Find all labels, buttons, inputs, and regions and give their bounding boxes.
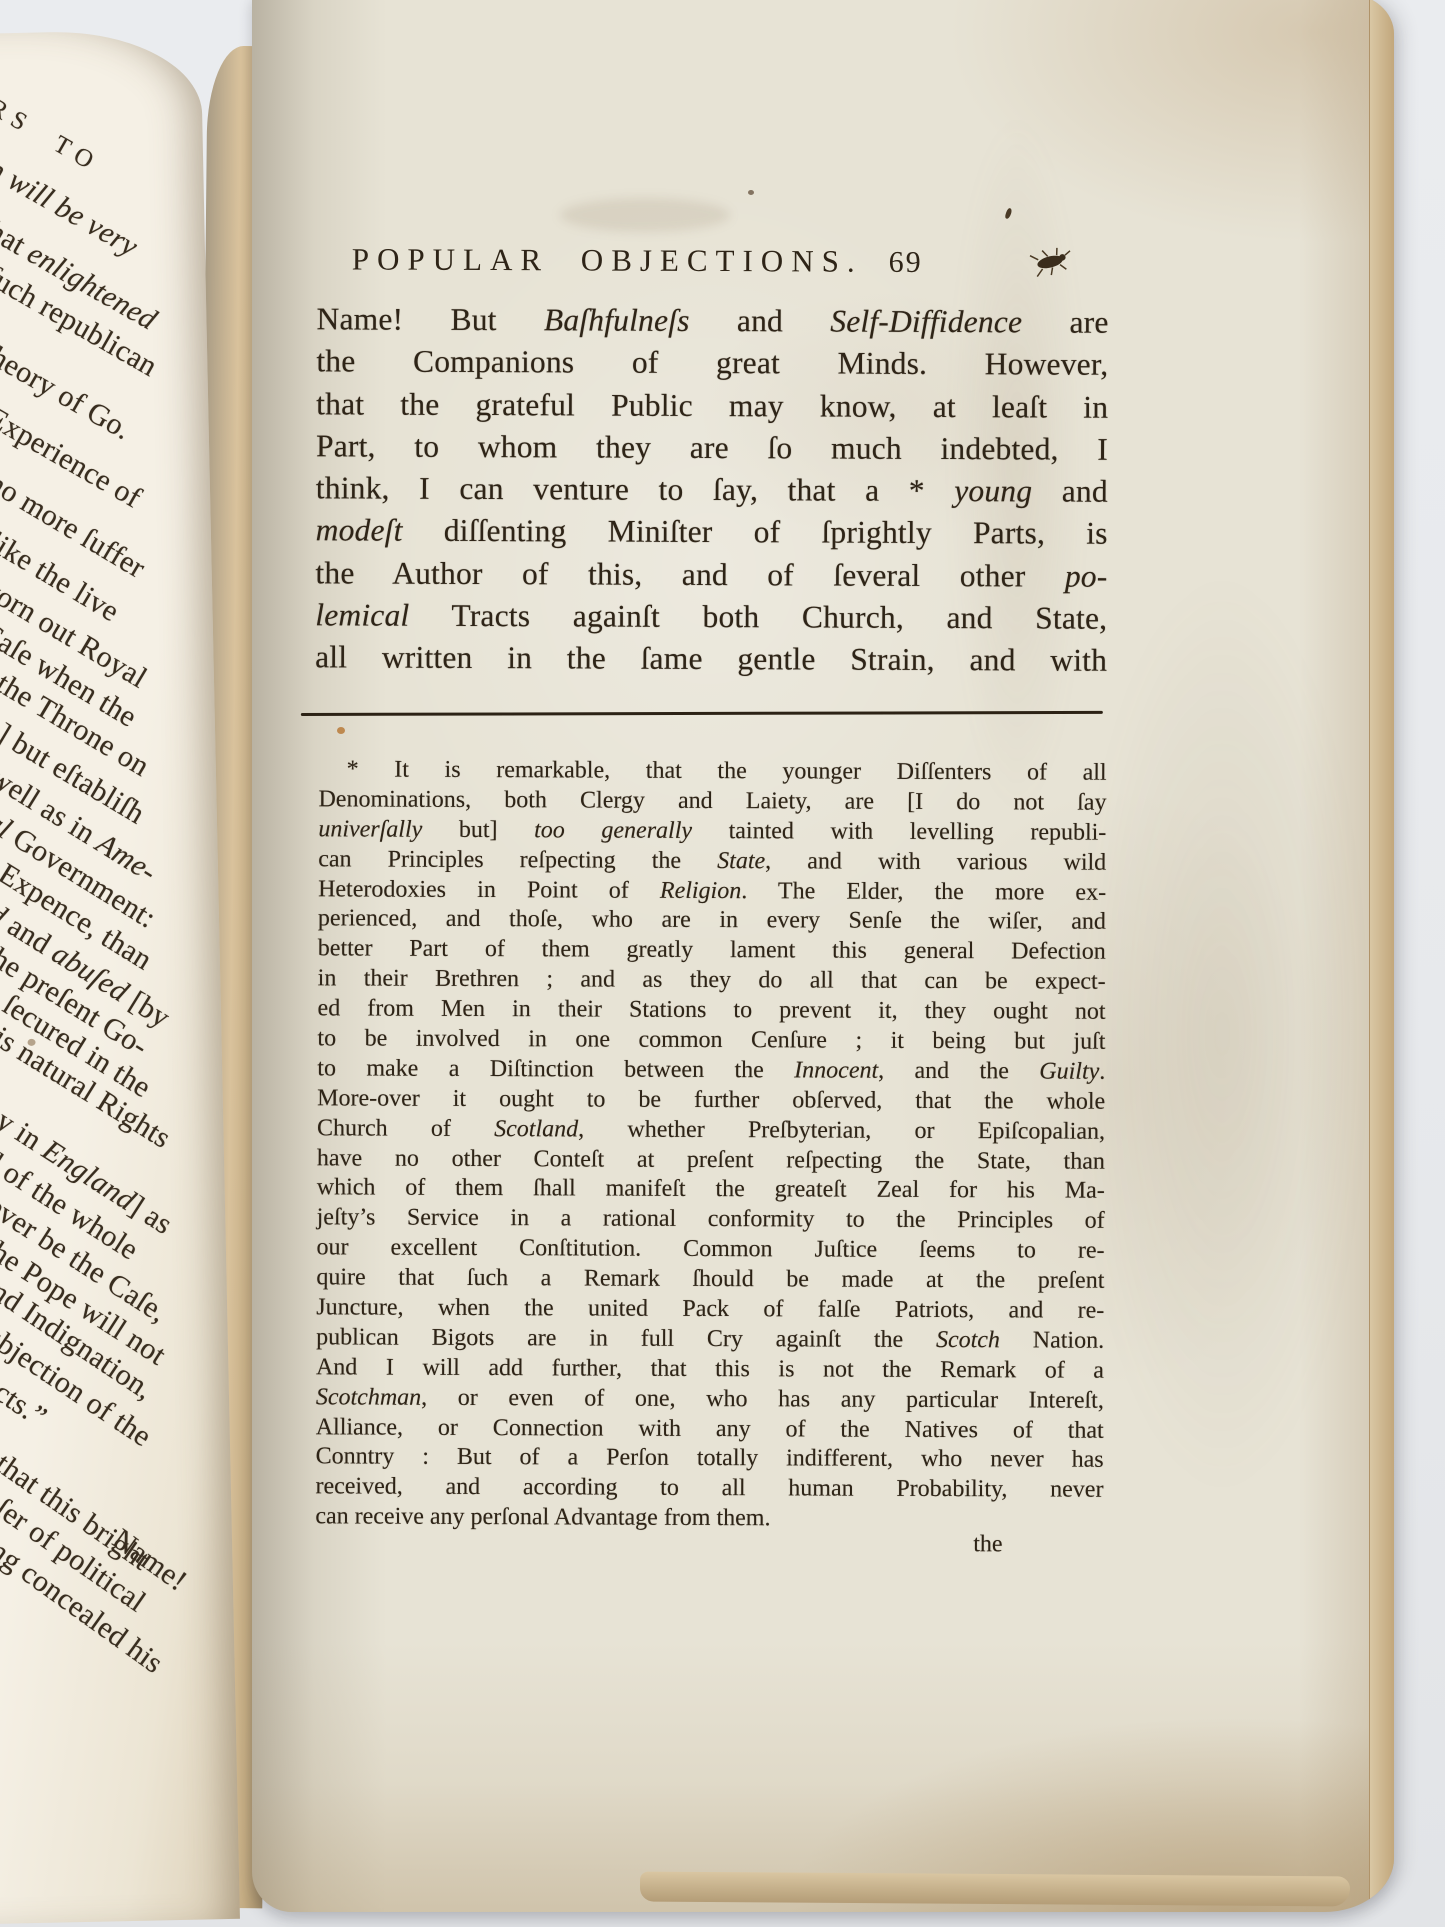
text-segment: And I will add further, that this is not… <box>316 1354 1104 1383</box>
text-segment: can Principles reſpecting the <box>318 846 717 874</box>
text-segment: publican Bigots are in full Cry againſt … <box>316 1324 936 1353</box>
footnote-line: quire that ſuch a Remark ſhould be made … <box>316 1263 1104 1296</box>
footnote-line: More-over it ought to be further obſerve… <box>317 1084 1105 1117</box>
footnote-line: Alliance, or Connection with any of the … <box>316 1413 1104 1446</box>
text-segment: Guilty <box>1039 1058 1099 1084</box>
text-segment: Self-Diffidence <box>830 304 1022 340</box>
text-segment: that the grateful Public may know, at le… <box>316 386 1108 424</box>
footnote-line: And I will add further, that this is not… <box>316 1353 1104 1386</box>
text-segment: received, and according to all human Pro… <box>315 1474 1103 1503</box>
catchword: the <box>973 1531 1002 1558</box>
text-segment: univerſally <box>318 816 422 842</box>
footnote-line: perienced, and thoſe, who are in every S… <box>318 905 1106 938</box>
text-segment: State <box>717 848 765 874</box>
body-line: the Companions of great Minds. However, <box>316 341 1108 387</box>
text-segment: quire that ſuch a Remark ſhould be made … <box>316 1264 1104 1293</box>
text-segment: jeſty’s Service in a rational conformity… <box>317 1205 1105 1234</box>
text-segment: Scotch <box>936 1327 1000 1353</box>
text-segment: too generally <box>534 817 692 844</box>
footnote-line: * It is remarkable, that the younger Diſ… <box>319 755 1107 788</box>
body-line: all written in the ſame gentle Strain, a… <box>315 637 1107 683</box>
text-segment: the Author of this, and of ſeveral other <box>315 555 1065 593</box>
text-segment: Innocent <box>794 1057 878 1083</box>
text-segment: Name! But <box>317 301 545 337</box>
running-header: POPULAR OBJECTIONS.69 <box>352 241 923 279</box>
body-line: think, I can venture to ſay, that a * yo… <box>316 467 1108 513</box>
left-page: WERS TOdom will be veryd, that enlighten… <box>0 29 240 1924</box>
footnote-line: Heterodoxies in Point of Religion. The E… <box>318 875 1106 908</box>
text-segment: Tracts againſt both Church, and State, <box>409 598 1107 636</box>
text-segment: , and the <box>878 1058 1039 1085</box>
text-segment: think, I can venture to ſay, that a * <box>316 470 955 508</box>
text-segment: and <box>690 303 831 339</box>
body-paragraph: Name! But Baſhfulneſs and Self-Diffidenc… <box>315 298 1109 682</box>
text-segment: Nation. <box>1000 1327 1104 1353</box>
footnote-line: to make a Diſtinction between the Innoce… <box>317 1054 1105 1087</box>
stain-speck <box>337 727 345 734</box>
footnote-line: can Principles reſpecting the State, and… <box>318 845 1106 878</box>
text-segment: Conntry : But of a Perſon totally indiff… <box>316 1444 1104 1473</box>
text-segment: , and with various wild <box>765 848 1106 875</box>
text-segment: Church of <box>317 1115 494 1142</box>
footnote-line: Scotchman, or even of one, who has any p… <box>316 1383 1104 1416</box>
text-segment: our excellent Conſtitution. Common Juſti… <box>316 1235 1104 1264</box>
text-segment: ed from Men in their Stations to prevent… <box>318 995 1106 1024</box>
text-segment: . The Elder, the more ex- <box>741 878 1106 906</box>
text-segment: More-over it ought to be further obſerve… <box>317 1085 1105 1114</box>
text-segment: are <box>1022 304 1108 339</box>
text-segment: Juncture, when the united Pack of falſe … <box>316 1294 1104 1323</box>
footnote-line: received, and according to all human Pro… <box>315 1473 1103 1506</box>
text-segment: and <box>1032 474 1108 509</box>
text-segment: in their Brethren ; and as they do all t… <box>318 966 1106 995</box>
footnote-line: better Part of them greatly lament this … <box>318 935 1106 968</box>
text-segment: to make a Diſtinction between the <box>317 1055 794 1083</box>
body-line: that the grateful Public may know, at le… <box>316 383 1108 429</box>
text-segment: Alliance, or Connection with any of the … <box>316 1414 1104 1443</box>
text-segment: , or even of one, who has any particular… <box>421 1384 1104 1413</box>
footnote-line: univerſally but] too generally tainted w… <box>318 815 1106 848</box>
text-segment: tainted with levelling republi- <box>692 818 1106 846</box>
text-segment: lemical <box>315 597 409 632</box>
footnote-line: publican Bigots are in full Cry againſt … <box>316 1323 1104 1356</box>
footnote-line: in their Brethren ; and as they do all t… <box>318 965 1106 998</box>
text-segment: perienced, and thoſe, who are in every S… <box>318 906 1106 935</box>
footnote-line: our excellent Conſtitution. Common Juſti… <box>316 1234 1104 1267</box>
text-segment: diſſenting Miniſter of ſprightly Parts, … <box>403 513 1108 551</box>
text-segment: young <box>954 473 1032 508</box>
ink-speck <box>748 190 754 195</box>
text-segment: better Part of them greatly lament this … <box>318 936 1106 965</box>
page-number: 69 <box>889 246 923 279</box>
body-line: the Author of this, and of ſeveral other… <box>315 552 1107 598</box>
text-segment: po- <box>1065 558 1108 593</box>
footnote-line: to be involved in one common Cenſure ; i… <box>317 1024 1105 1057</box>
text-segment: to be involved in one common Cenſure ; i… <box>317 1025 1105 1054</box>
body-line: Part, to whom they are ſo much indebted,… <box>316 425 1108 471</box>
footnote-line: Denominations, both Clergy and Laiety, a… <box>318 785 1106 818</box>
body-line: lemical Tracts againſt both Church, and … <box>315 594 1107 640</box>
bottom-page-edge <box>640 1872 1350 1907</box>
text-segment: Part, to whom they are ſo much indebted,… <box>316 428 1108 466</box>
footnote: * It is remarkable, that the younger Diſ… <box>315 755 1106 1536</box>
text-segment: modeſt <box>316 513 403 548</box>
text-segment: have no other Conteſt at preſent reſpect… <box>317 1145 1105 1174</box>
text-segment: , whether Preſbyterian, or Epiſcopalian, <box>578 1116 1105 1144</box>
footnote-line: Conntry : But of a Perſon totally indiff… <box>316 1443 1104 1476</box>
text-segment: * It is remarkable, that the younger Diſ… <box>347 756 1107 785</box>
text-segment: . <box>1099 1059 1105 1085</box>
book-photo: WERS TOdom will be veryd, that enlighten… <box>0 0 1445 1927</box>
page-text-layer: POPULAR OBJECTIONS.69 Name! But Baſhfuln… <box>252 0 1394 1912</box>
text-segment: Religion <box>660 877 741 903</box>
running-header-title: POPULAR OBJECTIONS. <box>352 241 863 278</box>
footnote-line: have no other Conteſt at preſent reſpect… <box>317 1144 1105 1177</box>
text-segment: can receive any perſonal Advantage from … <box>315 1504 770 1532</box>
text-segment: all written in the ſame gentle Strain, a… <box>315 640 1107 678</box>
footnote-line: Juncture, when the united Pack of falſe … <box>316 1293 1104 1326</box>
text-segment: the Companions of great Minds. However, <box>316 344 1108 382</box>
footnote-line: ed from Men in their Stations to prevent… <box>318 994 1106 1027</box>
insect-speck <box>1028 244 1080 278</box>
text-segment: Scotland <box>494 1116 578 1142</box>
text-segment: Heterodoxies in Point of <box>318 876 660 903</box>
text-segment: Scotchman <box>316 1384 421 1410</box>
footnote-line: which of them ſhall manifeſt the greateſ… <box>317 1174 1105 1207</box>
footnote-separator <box>301 711 1103 716</box>
text-segment: but] <box>422 817 534 843</box>
footnote-line: jeſty’s Service in a rational conformity… <box>317 1204 1105 1237</box>
text-segment: which of them ſhall manifeſt the greateſ… <box>317 1175 1105 1204</box>
footnote-line: Church of Scotland, whether Preſbyterian… <box>317 1114 1105 1147</box>
right-page: POPULAR OBJECTIONS.69 Name! But Baſhfuln… <box>252 0 1394 1912</box>
text-segment: Baſhfulneſs <box>544 302 690 338</box>
text-segment: Denominations, both Clergy and Laiety, a… <box>318 786 1106 815</box>
body-line: Name! But Baſhfulneſs and Self-Diffidenc… <box>316 298 1108 344</box>
body-line: modeſt diſſenting Miniſter of ſprightly … <box>316 510 1108 556</box>
